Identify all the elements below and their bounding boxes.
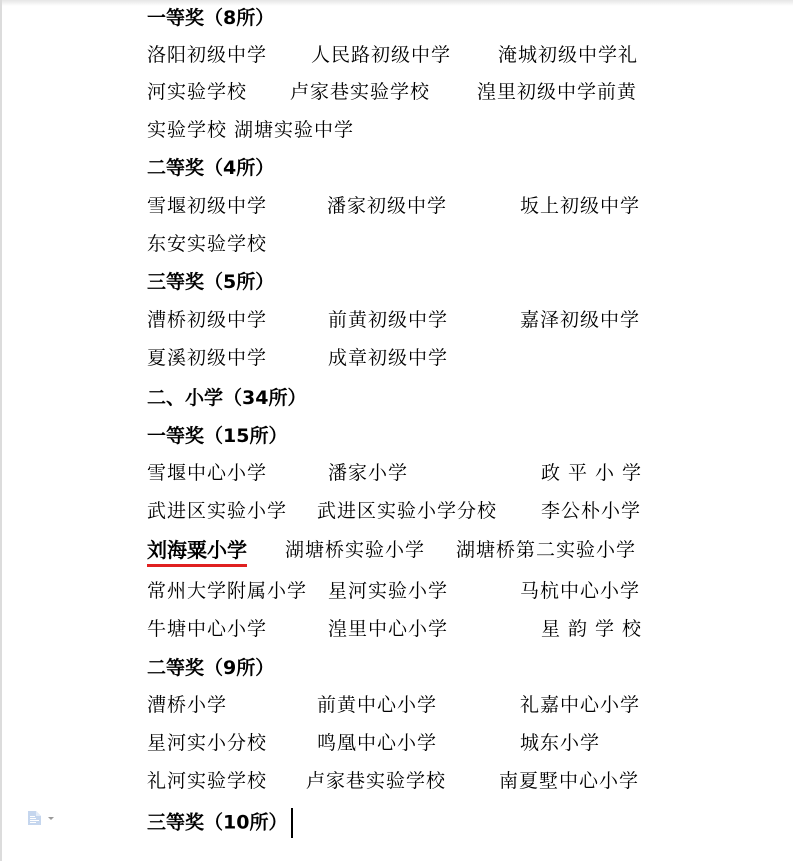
text-line: 常州大学附属小学 星河实验小学 马杭中心小学 [147, 579, 657, 603]
text-line: 雪堰初级中学 潘家初级中学 坂上初级中学 [147, 194, 657, 218]
document-paragraph-icon[interactable] [28, 811, 41, 825]
text-line: 实验学校 湖塘实验中学 [147, 118, 657, 142]
school-name: 坂上初级中学 [520, 194, 640, 218]
school-name: 河实验学校 [147, 80, 247, 104]
school-name: 湟里中心小学 [328, 617, 448, 641]
ps-second-prize-heading: 二等奖（9所） [147, 656, 274, 680]
school-name: 武进区实验小学 [147, 499, 287, 523]
page-left-border [0, 0, 2, 861]
school-name: 礼河实验学校 [147, 769, 267, 793]
text-line: 漕桥初级中学 前黄初级中学 嘉泽初级中学 [147, 308, 657, 332]
school-name: 牛塘中心小学 [147, 617, 267, 641]
school-name: 卢家巷实验学校 [306, 769, 446, 793]
top-shadow [0, 0, 793, 6]
chevron-down-icon[interactable] [48, 817, 54, 820]
text-line: 刘海粟小学 湖塘桥实验小学 湖塘桥第二实验小学 [147, 538, 657, 562]
school-name: 漕桥小学 [147, 693, 227, 717]
ms-third-prize-heading: 三等奖（5所） [147, 270, 274, 294]
ps-third-prize-line[interactable]: 三等奖（10所） [147, 808, 293, 832]
school-name: 淹城初级中学礼 [498, 43, 638, 67]
school-name: 实验学校 湖塘实验中学 [147, 118, 354, 142]
school-name: 潘家初级中学 [327, 194, 447, 218]
school-name: 鸣凰中心小学 [317, 731, 437, 755]
text-line: 牛塘中心小学 湟里中心小学 星韵学校 [147, 617, 657, 641]
text-line: 洛阳初级中学 人民路初级中学 淹城初级中学礼 [147, 43, 657, 67]
school-name: 卢家巷实验学校 [290, 80, 430, 104]
primary-section-heading: 二、小学（34所） [147, 386, 306, 410]
school-name: 嘉泽初级中学 [520, 308, 640, 332]
text-line: 夏溪初级中学 成章初级中学 [147, 346, 657, 370]
school-name: 湟里初级中学前黄 [477, 80, 637, 104]
school-name: 南夏墅中心小学 [499, 769, 639, 793]
school-name: 湖塘桥实验小学 [285, 538, 425, 562]
text-line: 雪堰中心小学 潘家小学 政平小学 [147, 461, 657, 485]
school-name: 李公朴小学 [541, 499, 641, 523]
school-name: 星韵学校 [541, 617, 649, 641]
ps-third-prize-heading: 三等奖（10所） [147, 812, 287, 834]
school-name: 夏溪初级中学 [147, 346, 267, 370]
ps-first-prize-heading: 一等奖（15所） [147, 424, 287, 448]
school-name: 雪堰中心小学 [147, 461, 267, 485]
ms-second-prize-heading: 二等奖（4所） [147, 156, 274, 180]
school-name: 洛阳初级中学 [147, 43, 267, 67]
school-name: 前黄中心小学 [317, 693, 437, 717]
text-line: 漕桥小学 前黄中心小学 礼嘉中心小学 [147, 693, 657, 717]
text-cursor [291, 808, 293, 838]
school-name: 成章初级中学 [328, 346, 448, 370]
school-name: 前黄初级中学 [328, 308, 448, 332]
text-line: 东安实验学校 [147, 232, 657, 256]
school-name: 湖塘桥第二实验小学 [456, 538, 636, 562]
school-name: 礼嘉中心小学 [520, 693, 640, 717]
school-name: 东安实验学校 [147, 232, 267, 256]
text-line: 星河实小分校 鸣凰中心小学 城东小学 [147, 731, 657, 755]
school-name: 政平小学 [541, 461, 649, 485]
school-name: 雪堰初级中学 [147, 194, 267, 218]
school-name: 马杭中心小学 [520, 579, 640, 603]
school-name: 潘家小学 [328, 461, 408, 485]
text-line: 武进区实验小学 武进区实验小学分校 李公朴小学 [147, 499, 657, 523]
text-line: 河实验学校 卢家巷实验学校 湟里初级中学前黄 [147, 80, 657, 104]
school-name: 星河实小分校 [147, 731, 267, 755]
school-name: 漕桥初级中学 [147, 308, 267, 332]
school-name: 武进区实验小学分校 [317, 499, 497, 523]
text-line: 礼河实验学校 卢家巷实验学校 南夏墅中心小学 [147, 769, 657, 793]
school-name: 人民路初级中学 [311, 43, 451, 67]
school-name: 城东小学 [520, 731, 600, 755]
highlighted-school-name: 刘海粟小学 [147, 538, 247, 567]
school-name: 星河实验小学 [328, 579, 448, 603]
school-name: 常州大学附属小学 [147, 579, 307, 603]
ms-first-prize-heading: 一等奖（8所） [147, 6, 274, 30]
